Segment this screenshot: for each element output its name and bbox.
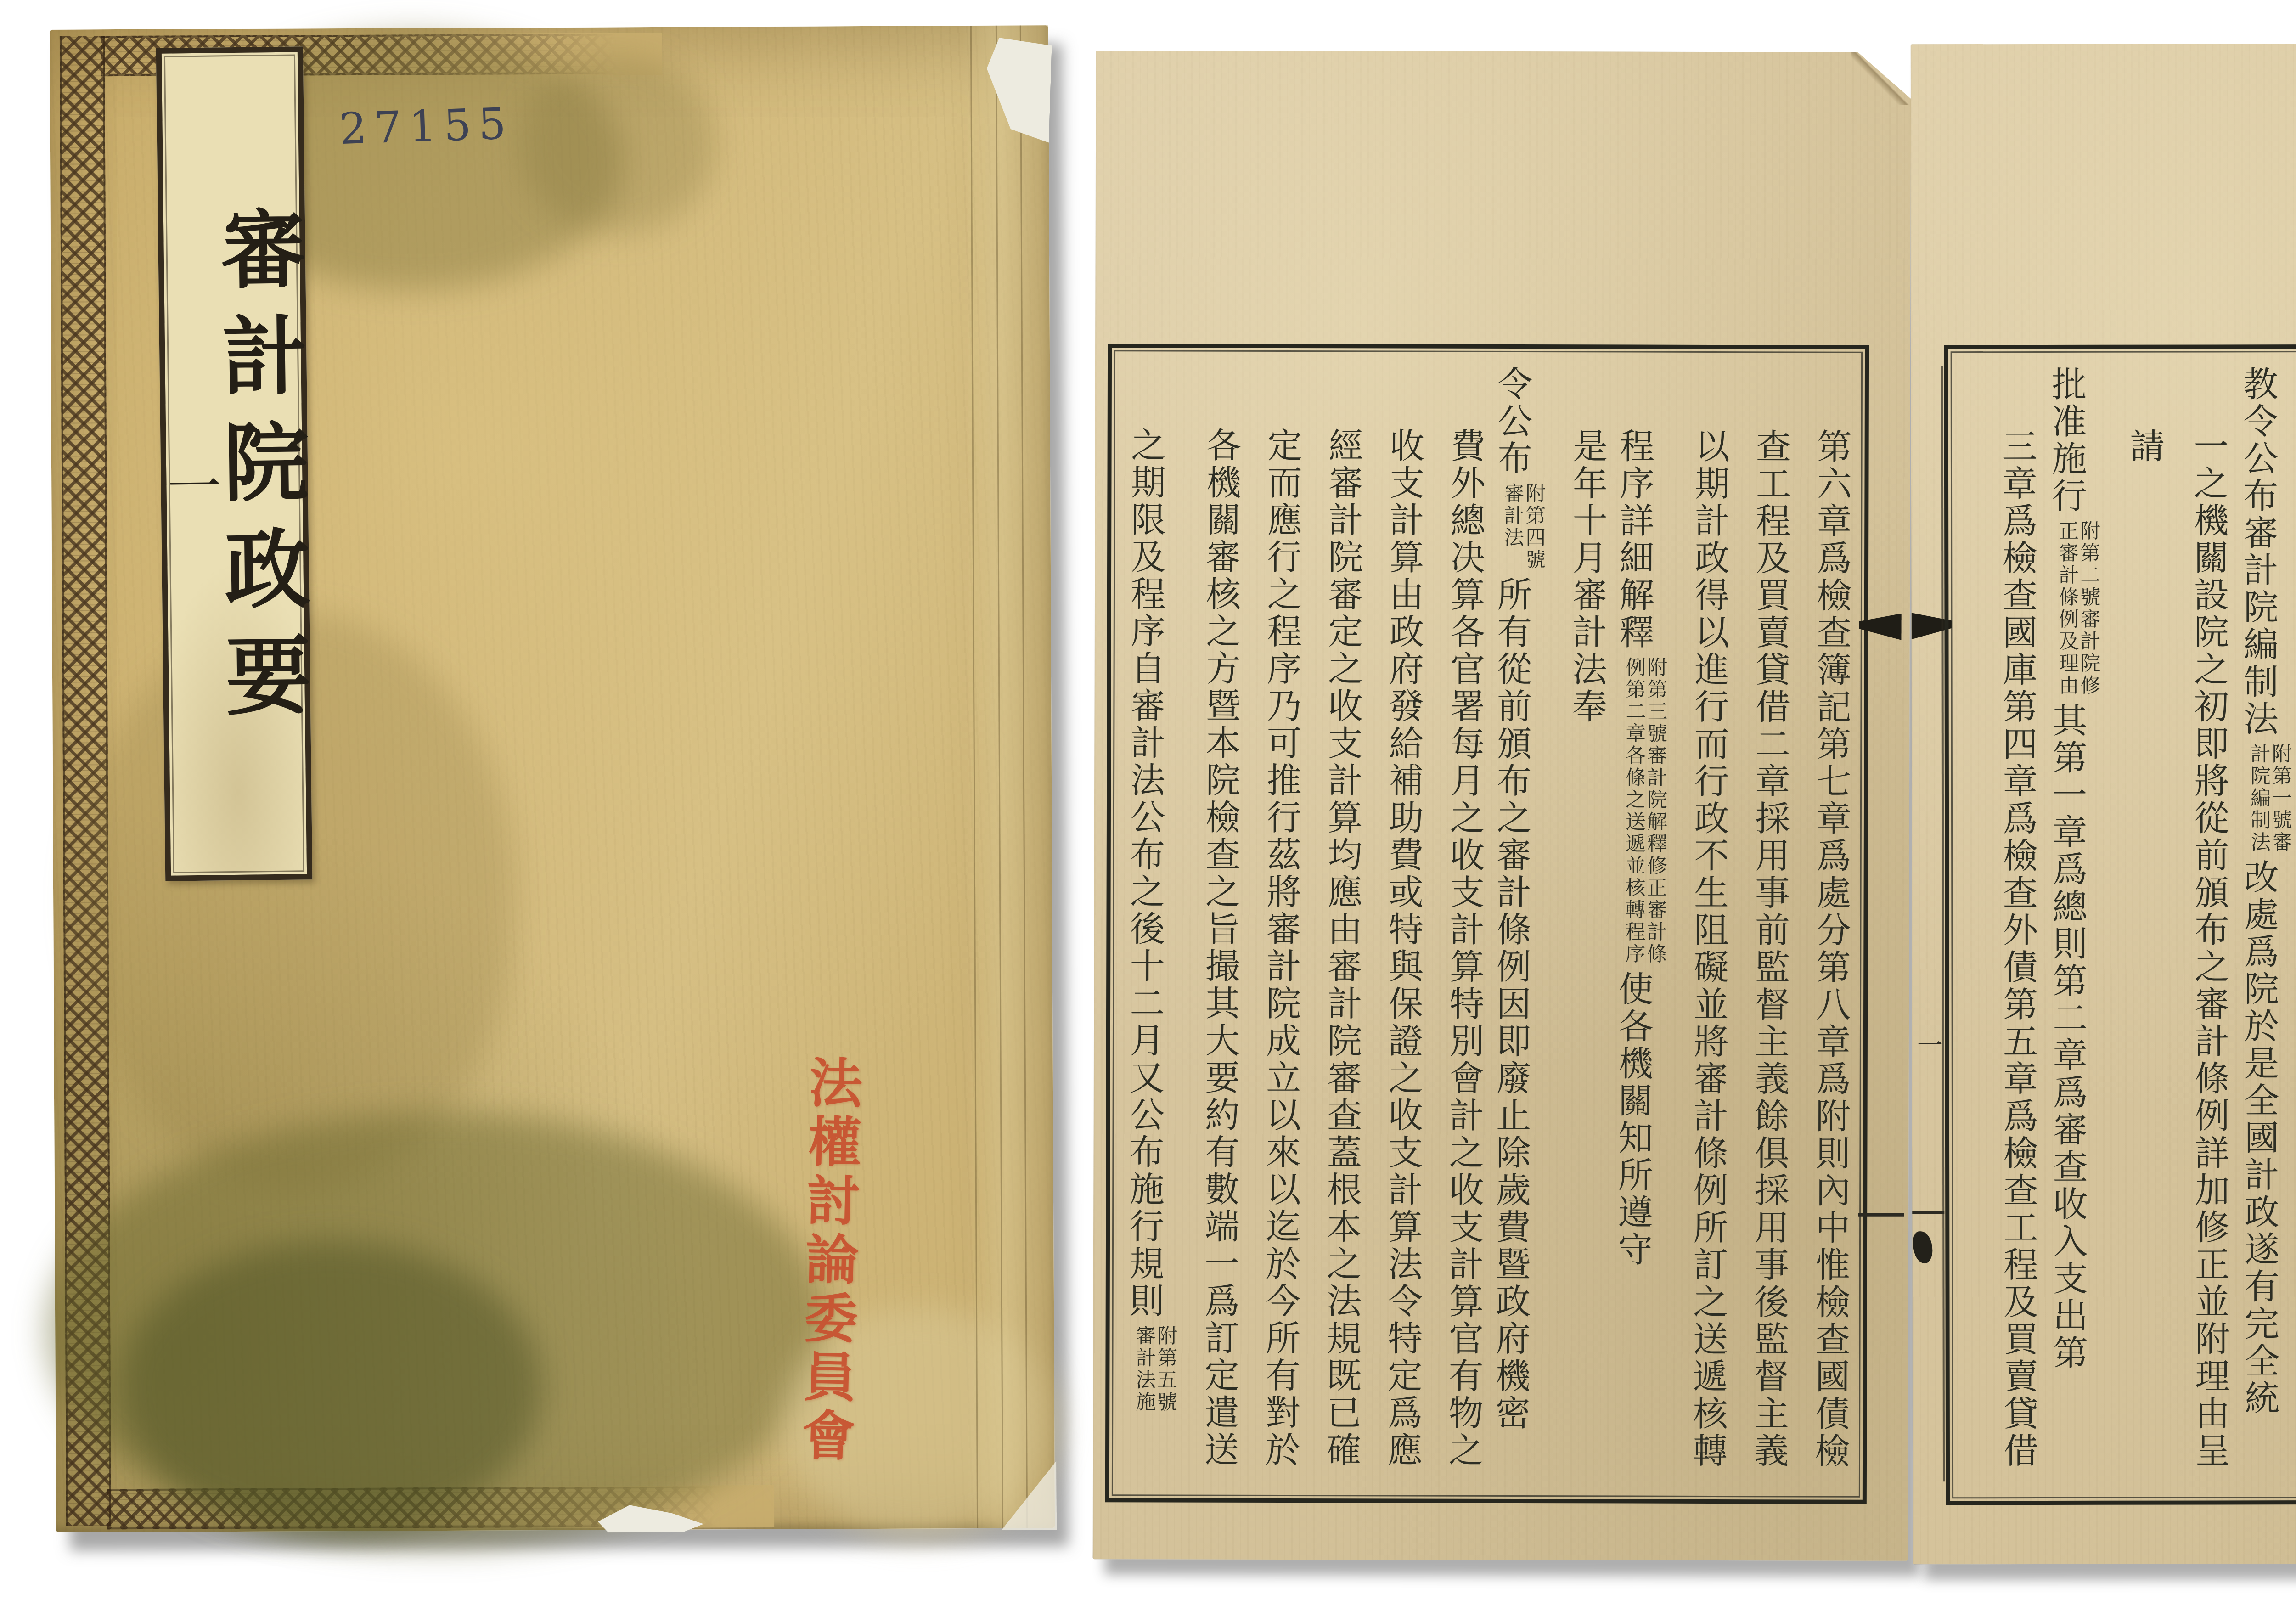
text-column: 第六章爲檢查簿記第七章爲處分第八章爲附則內中惟檢查國債檢 [1811, 428, 1849, 1483]
text-column: 程序詳細解釋附第三號審計院解釋修正審計條例第二章各條之送遞並核轉程序使各機關知所… [1628, 428, 1666, 1483]
text-column: 請 [2126, 428, 2163, 1484]
fold-register-mark [1912, 1211, 1944, 1214]
text-column: 以期計政得以進行而行政不生阻礙並將審計條例所訂之送遞核轉 [1689, 428, 1727, 1483]
fold-register-mark [1858, 1213, 1904, 1217]
book-cover: 審計院政要 一 27155 法權討論委員會 [50, 25, 1055, 1532]
page-scan-left: 第六章爲檢查簿記第七章爲處分第八章爲附則內中惟檢查國債檢查工程及買賣貸借二章採用… [1093, 51, 1911, 1561]
spine-crease [996, 26, 1003, 1528]
paper-stain [119, 1240, 543, 1536]
cover-title: 審計院政要 [214, 204, 305, 738]
spine-crease [1020, 26, 1028, 1528]
interlinear-note: 附第一號審計院編制法 [2247, 743, 2290, 853]
text-column: 各機關審核之方暨本院檢查之旨撮其大要約有數端一爲訂定遣送 [1200, 427, 1238, 1482]
book-spine [961, 25, 1055, 1528]
text-column: 教令公布審計院編制法附第一號審計院編制法改處爲院於是全國計政遂有完全統 [2254, 366, 2291, 1484]
note-subcolumn: 計院編制法 [2247, 743, 2268, 853]
note-subcolumn: 審計法施 [1132, 1325, 1154, 1413]
text-column: 定而應行之程序乃可推行茲將審計院成立以來以迄於今所有對於 [1261, 427, 1300, 1482]
scanned-book-spread: 審計院政要 一 27155 法權討論委員會 第六章爲檢查簿記第七章爲處分第八章爲… [0, 0, 2296, 1611]
page-text: 審計院政要竊維審計之職在周爲司會在漢爲計相魏晉以後舊制放失會要之典於史無徵前清時… [1948, 348, 2296, 1501]
text-frame: 審計院政要竊維審計之職在周爲司會在漢爲計相魏晉以後舊制放失會要之典於史無徵前清時… [1944, 344, 2296, 1505]
note-subcolumn: 附第四號 [1522, 483, 1543, 571]
interlinear-note: 附第五號審計法施 [1132, 1325, 1175, 1413]
page-scan-right: 一 審計院政要竊維審計之職在周爲司會在漢爲計相魏晉以後舊制放失會要之典於史無徵前… [1911, 43, 2296, 1565]
page-text: 第六章爲檢查簿記第七章爲處分第八章爲附則內中惟檢查國債檢查工程及買賣貸借二章採用… [1109, 348, 1865, 1499]
note-subcolumn: 正審計條例及理由 [2055, 520, 2077, 697]
text-column: 查工程及買賣貸借二章採用事前監督主義餘俱採用事後監督主義 [1750, 428, 1788, 1483]
note-subcolumn: 審計法 [1500, 483, 1522, 571]
paper-stain [518, 54, 716, 234]
folio-number: 一 [1915, 1031, 1941, 1057]
catalog-number-stamp: 27155 [338, 99, 514, 154]
text-column: 之期限及程序自審計法公布之後十二月又公布施行規則附第五號審計法施 [1139, 427, 1177, 1481]
note-subcolumn: 附第三號審計院解釋修正審計條 [1643, 657, 1665, 965]
text-column: 是年十月審計法奉 [1567, 428, 1605, 1482]
text-column: 經審計院審定之收支計算均應由審計院審查蓋根本之法規既已確 [1322, 427, 1361, 1482]
spine-crease [970, 26, 978, 1528]
interlinear-note: 附第三號審計院解釋修正審計條例第二章各條之送遞並核轉程序 [1621, 657, 1665, 965]
note-subcolumn: 附第二號審計院修 [2077, 520, 2099, 697]
text-column: 三章爲檢查國庫第四章爲檢查外債第五章爲檢查工程及買賣貸借 [1998, 428, 2036, 1484]
owner-seal-inscription: 法權討論委員會 [797, 1054, 859, 1467]
text-column: 令公布附第四號審計法所有從前頒布之審計條例因即廢止除歲費暨政府機密 [1506, 366, 1544, 1482]
cover-title-text: 審計院政要 一 [162, 81, 307, 862]
cover-volume-number: 一 [163, 458, 217, 513]
note-subcolumn: 附第一號審 [2268, 743, 2290, 853]
text-column: 收支計算由政府發給補助費或特與保證之收支計算法令特定爲應 [1384, 427, 1422, 1482]
text-frame: 第六章爲檢查簿記第七章爲處分第八章爲附則內中惟檢查國債檢查工程及買賣貸借二章採用… [1105, 344, 1869, 1504]
interlinear-note: 附第四號審計法 [1500, 483, 1543, 571]
note-subcolumn: 例第二章各條之送遞並核轉程序 [1621, 657, 1643, 965]
text-column: 一之機關設院之初即將從前頒布之審計條例詳加修正並附理由呈 [2190, 428, 2227, 1484]
text-column: 費外總决算各官署每月之收支計算特別會計之收支計算官有物之 [1445, 428, 1483, 1482]
note-subcolumn: 附第五號 [1154, 1325, 1175, 1413]
interlinear-note: 附第二號審計院修正審計條例及理由 [2055, 520, 2099, 697]
cover-title-slip: 審計院政要 一 [156, 46, 313, 881]
text-column: 批准施行附第二號審計院修正審計條例及理由其第一章爲總則第二章爲審查收入支出第 [2062, 366, 2099, 1484]
